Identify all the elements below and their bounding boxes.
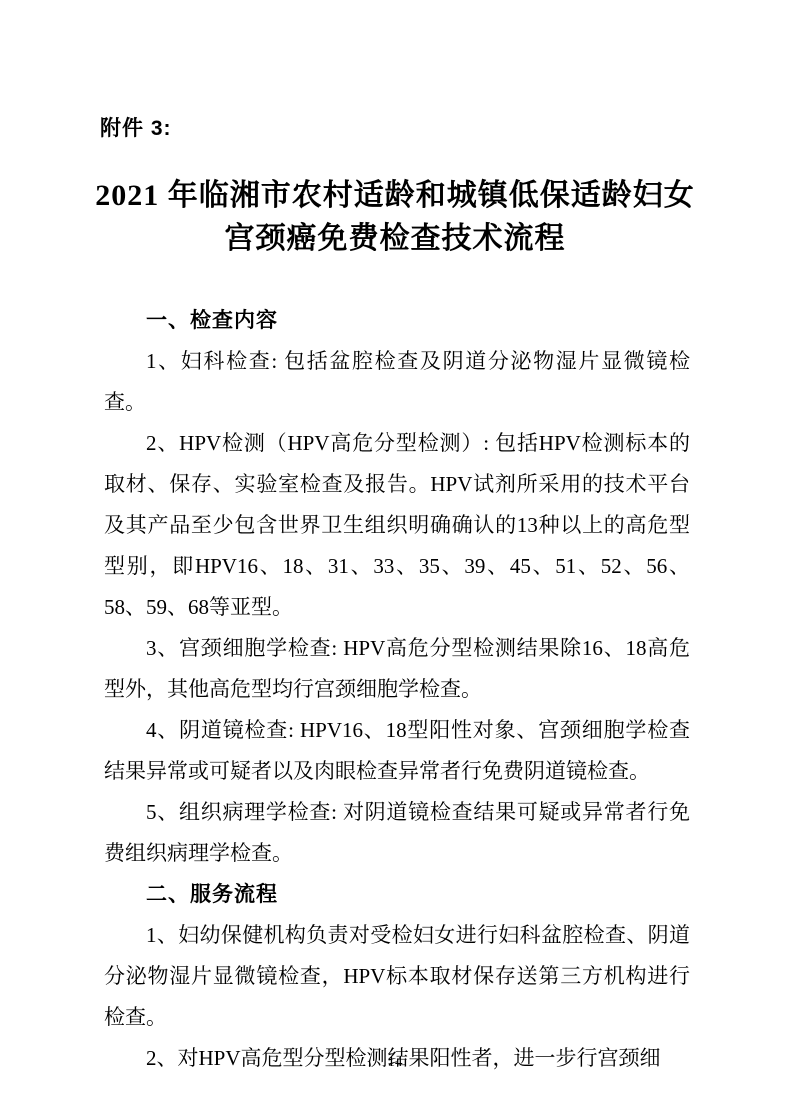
- paragraph: 3、宫颈细胞学检查: HPV高危分型检测结果除16、18高危型外，其他高危型均行…: [104, 628, 690, 710]
- document-title: 2021 年临湘市农村适龄和城镇低保适龄妇女 宫颈癌免费检查技术流程: [50, 174, 740, 260]
- title-line-2: 宫颈癌免费检查技术流程: [50, 217, 740, 260]
- paragraph: 1、妇幼保健机构负责对受检妇女进行妇科盆腔检查、阴道分泌物湿片显微镜检查，HPV…: [104, 915, 690, 1038]
- paragraph: 5、组织病理学检查: 对阴道镜检查结果可疑或异常者行免费组织病理学检查。: [104, 792, 690, 874]
- attachment-label: 附件 3:: [100, 112, 172, 142]
- paragraph: 2、HPV检测（HPV高危分型检测）: 包括HPV检测标本的取材、保存、实验室检…: [104, 423, 690, 628]
- section-heading: 二、服务流程: [104, 874, 690, 915]
- paragraph: 1、妇科检查: 包括盆腔检查及阴道分泌物湿片显微镜检查。: [104, 341, 690, 423]
- page-number: 14: [0, 1052, 790, 1072]
- section-heading: 一、检查内容: [104, 300, 690, 341]
- title-line-1: 2021 年临湘市农村适龄和城镇低保适龄妇女: [50, 174, 740, 217]
- paragraph: 4、阴道镜检查: HPV16、18型阳性对象、宫颈细胞学检查结果异常或可疑者以及…: [104, 710, 690, 792]
- document-body: 一、检查内容1、妇科检查: 包括盆腔检查及阴道分泌物湿片显微镜检查。2、HPV检…: [104, 300, 690, 1079]
- document-page: 附件 3: 2021 年临湘市农村适龄和城镇低保适龄妇女 宫颈癌免费检查技术流程…: [0, 0, 790, 1118]
